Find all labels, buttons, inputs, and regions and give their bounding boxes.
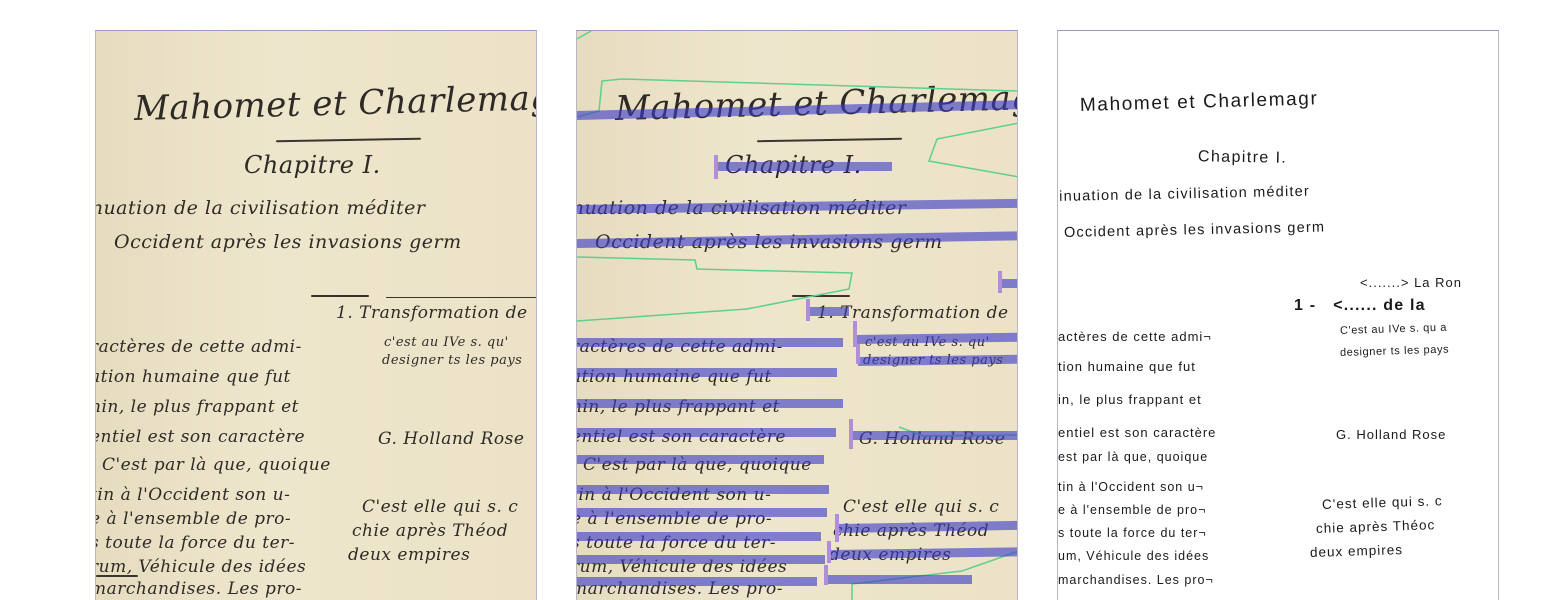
manuscript-line: marchandises. Les pro-	[95, 579, 302, 599]
transcribed-line: est par là que, quoique	[1058, 450, 1208, 464]
manuscript-line: s toute la force du ter-	[95, 533, 295, 553]
transcribed-line: entiel est son caractère	[1058, 425, 1216, 440]
line-start-marker	[824, 565, 828, 585]
transcribed-chapter: Chapitre I.	[1198, 148, 1288, 168]
manuscript-line: entiel est son caractère	[95, 427, 305, 447]
baseline	[577, 532, 821, 541]
baseline	[577, 428, 836, 437]
line-start-marker	[827, 541, 831, 563]
line-start-marker	[714, 155, 718, 179]
line-start-marker	[856, 344, 860, 364]
transcribed-title: Mahomet et Charlemagr	[1080, 88, 1319, 117]
manuscript-line: C'est par là que, quoique	[102, 455, 331, 475]
transcribed-line: s toute la force du ter¬	[1058, 526, 1207, 540]
transcribed-margin-note: designer ts les pays	[1340, 344, 1450, 359]
margin-note: G. Holland Rose	[378, 429, 524, 449]
transcribed-margin-note: deux empires	[1310, 542, 1403, 560]
segmentation-panel: Mahomet et Charlemagne Chapitre I. tinua…	[576, 30, 1018, 600]
margin-note: c'est au IVe s. qu'	[384, 335, 509, 350]
transcribed-line: e à l'ensemble de pro¬	[1058, 503, 1206, 517]
transcription-panel: Mahomet et Charlemagr Chapitre I. tinuat…	[1057, 30, 1499, 600]
manuscript-line: rum, Véhicule des idées	[95, 557, 306, 577]
heading-underline	[386, 297, 537, 298]
transcribed-subtitle: Occident après les invasions germ	[1064, 220, 1326, 241]
baseline	[577, 399, 843, 408]
manuscript-heading: 1. Transformation de	[336, 303, 528, 323]
baseline	[577, 368, 837, 377]
baseline	[577, 455, 824, 464]
baseline	[717, 162, 892, 171]
line-start-marker	[849, 419, 853, 449]
manuscript-line: ractères de cette admi-	[95, 337, 302, 357]
transcribed-line: in, le plus frappant et	[1058, 392, 1202, 407]
baseline	[826, 575, 972, 584]
transcribed-margin-note: C'est elle qui s. c	[1322, 493, 1443, 512]
transcribed-line: tin à l'Occident son u¬	[1058, 480, 1204, 494]
baseline	[852, 431, 1018, 440]
manuscript-line: ation humaine que fut	[95, 367, 291, 387]
manuscript-line: Occident après les invasions germ	[114, 231, 462, 253]
margin-note: chie après Théod	[352, 521, 508, 541]
transcribed-margin-note: C'est au IVe s. qu a	[1340, 322, 1447, 337]
manuscript-line: tin à l'Occident son u-	[95, 485, 290, 505]
transcribed-line: tion humaine que fut	[1058, 359, 1196, 374]
margin-rule	[96, 575, 138, 577]
transcribed-heading: 1 - <...... de la	[1294, 297, 1426, 315]
baseline	[809, 307, 849, 316]
line-start-marker	[835, 514, 839, 542]
margin-note: deux empires	[348, 545, 470, 565]
baseline	[577, 577, 817, 586]
transcribed-heading-small: <.......> La Ron	[1360, 275, 1462, 290]
baseline	[577, 485, 829, 494]
transcribed-margin-note: chie après Théoc	[1316, 517, 1436, 536]
baseline	[577, 555, 825, 564]
line-start-marker	[806, 299, 810, 321]
transcribed-line: marchandises. Les pro¬	[1058, 573, 1214, 587]
manuscript-line: nin, le plus frappant et	[95, 397, 299, 417]
dash-rule	[311, 295, 369, 297]
transcribed-subtitle: tinuation de la civilisation méditer	[1057, 184, 1310, 205]
transcribed-line: actères de cette admi¬	[1058, 329, 1212, 344]
margin-note: designer ts les pays	[382, 353, 522, 368]
manuscript-line: tinuation de la civilisation méditer	[95, 197, 425, 219]
line-start-marker	[998, 271, 1002, 293]
transcribed-line: um, Véhicule des idées	[1058, 549, 1209, 563]
baseline	[577, 508, 827, 517]
manuscript-line: e à l'ensemble de pro-	[95, 509, 291, 529]
manuscript-chapter: Chapitre I.	[244, 151, 381, 179]
margin-note: C'est elle qui s. c	[362, 497, 518, 517]
transcribed-margin-note: G. Holland Rose	[1336, 427, 1446, 442]
baseline	[577, 338, 843, 347]
baseline	[1000, 279, 1018, 288]
original-manuscript-panel: Mahomet et Charlemagne Chapitre I. tinua…	[95, 30, 537, 600]
